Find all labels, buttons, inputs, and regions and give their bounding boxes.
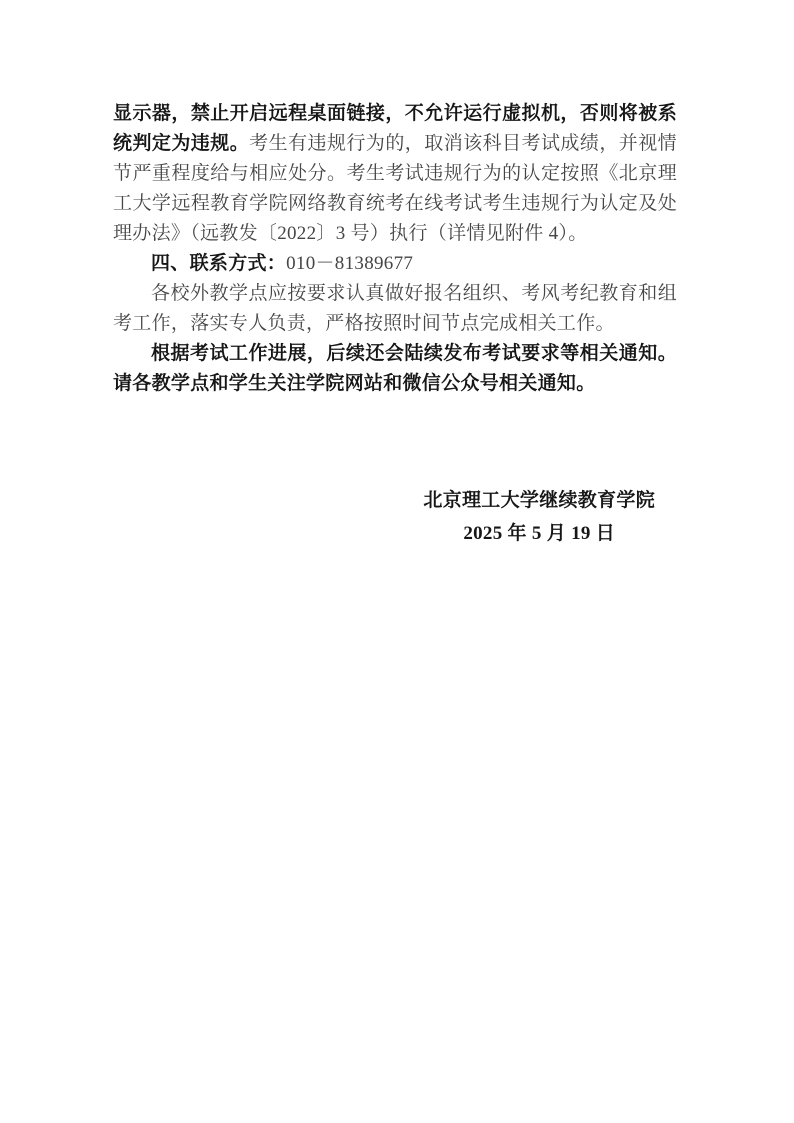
signature-organization: 北京理工大学继续教育学院	[423, 484, 655, 517]
text-run-contact-heading: 四、联系方式：	[151, 253, 286, 274]
document-page: 显示器，禁止开启远程桌面链接，不允许运行虚拟机，否则将被系统判定为违规。考生有违…	[0, 0, 794, 1123]
paragraph-contact: 四、联系方式：010－81389677	[113, 249, 677, 279]
paragraph-follow-up-notice: 根据考试工作进展，后续还会陆续发布考试要求等相关通知。请各教学点和学生关注学院网…	[113, 339, 677, 399]
signature-block: 北京理工大学继续教育学院 2025 年 5 月 19 日	[423, 484, 655, 550]
paragraph-teaching-sites-duty: 各校外教学点应按要求认真做好报名组织、考风考纪教育和组考工作，落实专人负责，严格…	[113, 279, 677, 339]
text-run-follow-up-notice: 根据考试工作进展，后续还会陆续发布考试要求等相关通知。请各教学点和学生关注学院网…	[113, 343, 677, 394]
text-run-phone-number: 010－81389677	[286, 253, 413, 274]
paragraph-violation-rules: 显示器，禁止开启远程桌面链接，不允许运行虚拟机，否则将被系统判定为违规。考生有违…	[113, 99, 677, 249]
signature-date: 2025 年 5 月 19 日	[423, 517, 655, 550]
text-run-teaching-sites-duty: 各校外教学点应按要求认真做好报名组织、考风考纪教育和组考工作，落实专人负责，严格…	[113, 283, 677, 334]
